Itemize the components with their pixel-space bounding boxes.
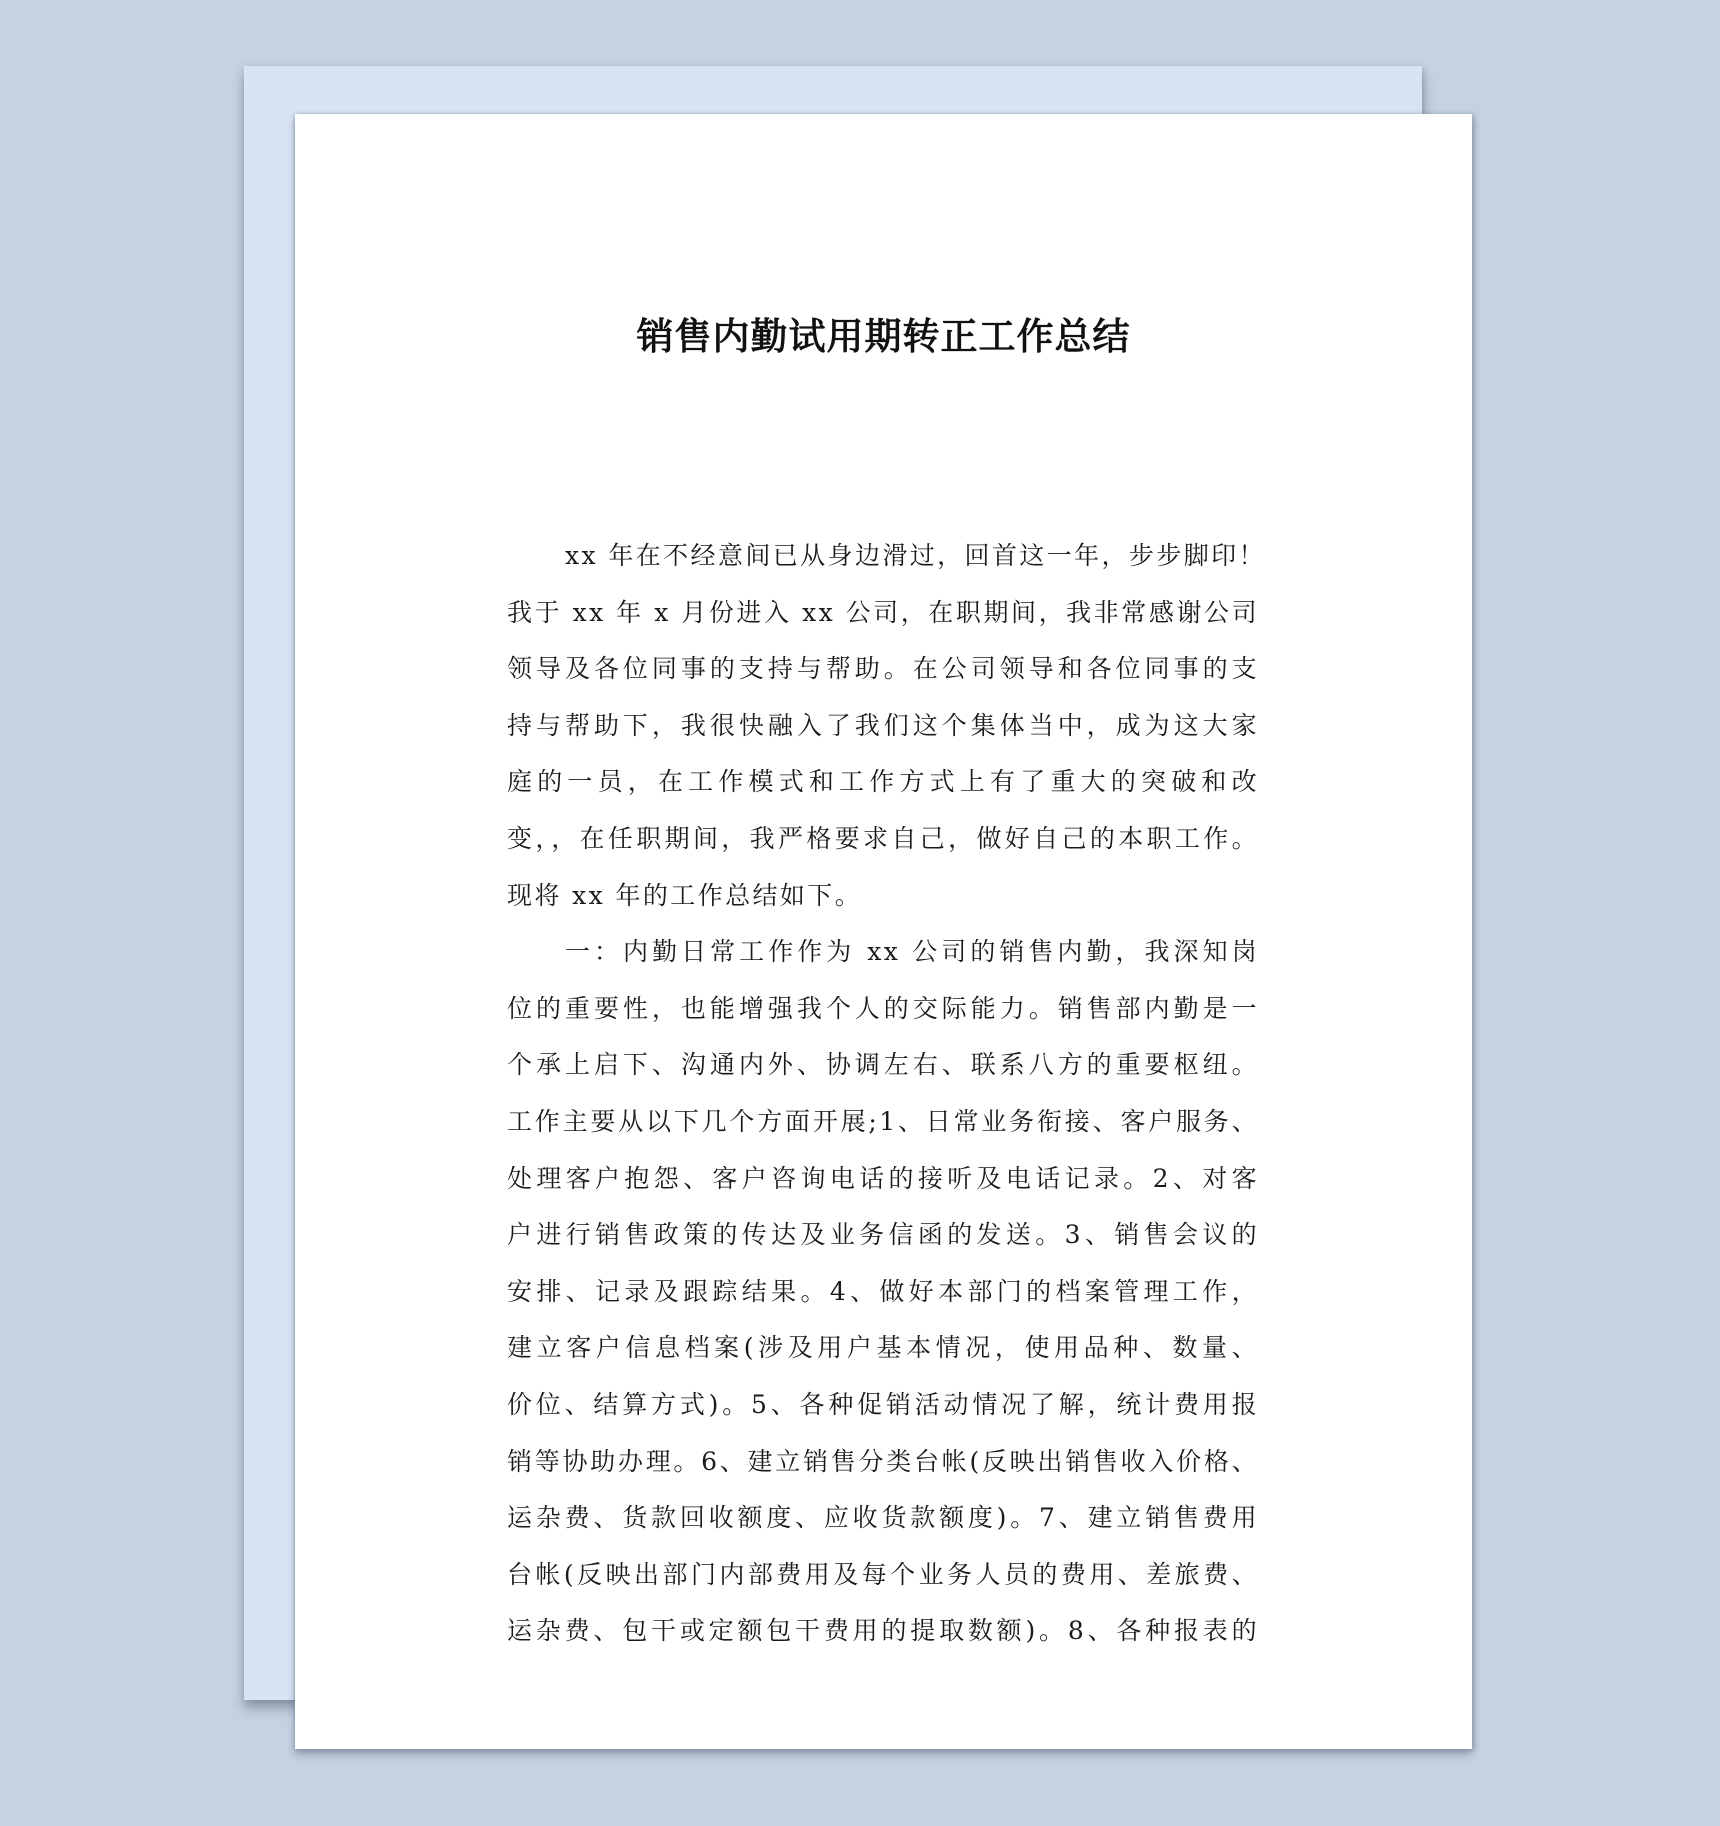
- paragraph-line: 领导及各位同事的支持与帮助。在公司领导和各位同事的支: [507, 641, 1259, 698]
- document-body: xx 年在不经意间已从身边滑过，回首这一年，步步脚印！ 我于 xx 年 x 月份…: [507, 528, 1259, 1660]
- paragraph-line: 工作主要从以下几个方面开展;1、日常业务衔接、客户服务、: [507, 1094, 1259, 1151]
- paragraph-line: xx 年在不经意间已从身边滑过，回首这一年，步步脚印！: [507, 528, 1259, 585]
- paragraph-line: 位的重要性，也能增强我个人的交际能力。销售部内勤是一: [507, 981, 1259, 1038]
- paragraph-line: 现将 xx 年的工作总结如下。: [507, 868, 1259, 925]
- document-title: 销售内勤试用期转正工作总结: [295, 306, 1472, 360]
- paragraph-line: 一：内勤日常工作作为 xx 公司的销售内勤，我深知岗: [507, 924, 1259, 981]
- paragraph-line: 我于 xx 年 x 月份进入 xx 公司，在职期间，我非常感谢公司: [507, 585, 1259, 642]
- paragraph-line: 运杂费、货款回收额度、应收货款额度)。7、建立销售费用: [507, 1490, 1259, 1547]
- paragraph-line: 价位、结算方式)。5、各种促销活动情况了解，统计费用报: [507, 1377, 1259, 1434]
- paragraph-line: 个承上启下、沟通内外、协调左右、联系八方的重要枢纽。: [507, 1037, 1259, 1094]
- paragraph-line: 持与帮助下，我很快融入了我们这个集体当中，成为这大家: [507, 698, 1259, 755]
- paragraph-line: 处理客户抱怨、客户咨询电话的接听及电话记录。2、对客: [507, 1151, 1259, 1208]
- paragraph-line: 户进行销售政策的传达及业务信函的发送。3、销售会议的: [507, 1207, 1259, 1264]
- paragraph-line: 运杂费、包干或定额包干费用的提取数额)。8、各种报表的: [507, 1603, 1259, 1660]
- paragraph-line: 庭的一员，在工作模式和工作方式上有了重大的突破和改: [507, 754, 1259, 811]
- paragraph-line: 安排、记录及跟踪结果。4、做好本部门的档案管理工作，: [507, 1264, 1259, 1321]
- paragraph-line: 建立客户信息档案(涉及用户基本情况，使用品种、数量、: [507, 1320, 1259, 1377]
- paragraph-line: 变，，在任职期间，我严格要求自己，做好自己的本职工作。: [507, 811, 1259, 868]
- paragraph-line: 台帐(反映出部门内部费用及每个业务人员的费用、差旅费、: [507, 1547, 1259, 1604]
- paragraph-line: 销等协助办理。6、建立销售分类台帐(反映出销售收入价格、: [507, 1434, 1259, 1491]
- document-page: 销售内勤试用期转正工作总结 xx 年在不经意间已从身边滑过，回首这一年，步步脚印…: [295, 114, 1472, 1749]
